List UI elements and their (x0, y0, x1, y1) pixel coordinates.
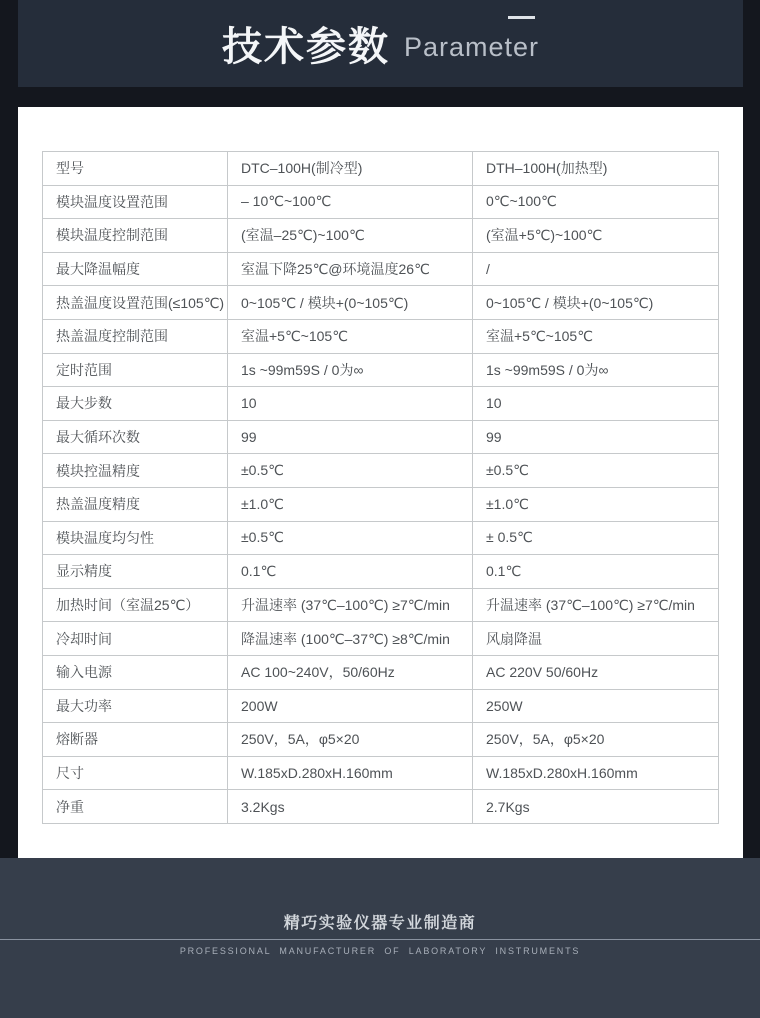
table-row: 模块温度均匀性±0.5℃± 0.5℃ (43, 521, 719, 555)
footer-slogan-en: PROFESSIONAL MANUFACTURER OF LABORATORY … (0, 946, 760, 956)
spec-value-cell-heating: AC 220V 50/60Hz (473, 655, 719, 689)
spec-panel: 型号DTC–100H(制冷型)DTH–100H(加热型)模块温度设置范围– 10… (18, 107, 743, 858)
footer: 精巧实验仪器专业制造商 PROFESSIONAL MANUFACTURER OF… (0, 858, 760, 1018)
spec-value-cell-heating: 99 (473, 420, 719, 454)
spec-value-cell-cooling: W.185xD.280xH.160mm (228, 756, 473, 790)
spec-value-cell-heating: ± 0.5℃ (473, 521, 719, 555)
spec-value-cell-cooling: ±0.5℃ (228, 521, 473, 555)
table-row: 热盖温度精度±1.0℃±1.0℃ (43, 487, 719, 521)
table-row: 显示精度0.1℃0.1℃ (43, 555, 719, 589)
spec-value-cell-heating: ±1.0℃ (473, 487, 719, 521)
spec-label-cell: 热盖温度控制范围 (43, 319, 228, 353)
table-row: 最大循环次数9999 (43, 420, 719, 454)
table-row: 最大降温幅度室温下降25℃@环境温度26℃/ (43, 252, 719, 286)
spec-value-cell-cooling: 室温下降25℃@环境温度26℃ (228, 252, 473, 286)
spec-value-cell-heating: 0.1℃ (473, 555, 719, 589)
spec-value-cell-cooling: 1s ~99m59S / 0为∞ (228, 353, 473, 387)
table-row: 定时范围1s ~99m59S / 0为∞1s ~99m59S / 0为∞ (43, 353, 719, 387)
spec-label-cell: 净重 (43, 790, 228, 824)
spec-value-cell-heating: ±0.5℃ (473, 454, 719, 488)
spec-label-cell: 显示精度 (43, 555, 228, 589)
spec-label-cell: 最大功率 (43, 689, 228, 723)
footer-slogan-zh: 精巧实验仪器专业制造商 (0, 915, 760, 933)
spec-label-cell: 热盖温度精度 (43, 487, 228, 521)
decorative-dash (508, 16, 535, 19)
spec-value-cell-cooling: (室温–25℃)~100℃ (228, 219, 473, 253)
spec-value-cell-heating: 1s ~99m59S / 0为∞ (473, 353, 719, 387)
footer-divider-line (0, 939, 760, 940)
table-row: 冷却时间降温速率 (100℃–37℃) ≥8℃/min风扇降温 (43, 622, 719, 656)
spec-value-cell-heating: / (473, 252, 719, 286)
spec-label-cell: 热盖温度设置范围(≤105℃) (43, 286, 228, 320)
spec-table-body: 型号DTC–100H(制冷型)DTH–100H(加热型)模块温度设置范围– 10… (43, 152, 719, 824)
spec-label-cell: 输入电源 (43, 655, 228, 689)
table-row: 尺寸W.185xD.280xH.160mmW.185xD.280xH.160mm (43, 756, 719, 790)
spec-value-cell-cooling: 0~105℃ / 模块+(0~105℃) (228, 286, 473, 320)
spec-value-cell-heating: 10 (473, 387, 719, 421)
table-row: 输入电源AC 100~240V，50/60HzAC 220V 50/60Hz (43, 655, 719, 689)
spec-label-cell: 模块控温精度 (43, 454, 228, 488)
spec-label-cell: 模块温度设置范围 (43, 185, 228, 219)
spec-value-cell-heating: DTH–100H(加热型) (473, 152, 719, 186)
spec-value-cell-heating: 250W (473, 689, 719, 723)
spec-value-cell-heating: 0℃~100℃ (473, 185, 719, 219)
spec-label-cell: 最大循环次数 (43, 420, 228, 454)
spec-label-cell: 模块温度控制范围 (43, 219, 228, 253)
spec-value-cell-heating: W.185xD.280xH.160mm (473, 756, 719, 790)
table-row: 热盖温度控制范围室温+5℃~105℃室温+5℃~105℃ (43, 319, 719, 353)
spec-value-cell-cooling: DTC–100H(制冷型) (228, 152, 473, 186)
table-row: 模块控温精度±0.5℃±0.5℃ (43, 454, 719, 488)
spec-value-cell-heating: (室温+5℃)~100℃ (473, 219, 719, 253)
spec-label-cell: 模块温度均匀性 (43, 521, 228, 555)
spec-value-cell-cooling: 250V，5A，φ5×20 (228, 723, 473, 757)
spec-label-cell: 加热时间（室温25℃） (43, 588, 228, 622)
spec-value-cell-cooling: 200W (228, 689, 473, 723)
spec-value-cell-heating: 风扇降温 (473, 622, 719, 656)
table-row: 模块温度设置范围– 10℃~100℃0℃~100℃ (43, 185, 719, 219)
spec-value-cell-cooling: ±0.5℃ (228, 454, 473, 488)
section-title-en: Parameter (404, 32, 539, 63)
section-title-en-text: Parameter (404, 32, 539, 62)
spec-value-cell-heating: 升温速率 (37℃–100℃) ≥7℃/min (473, 588, 719, 622)
spec-value-cell-cooling: 0.1℃ (228, 555, 473, 589)
table-row: 净重3.2Kgs2.7Kgs (43, 790, 719, 824)
spec-label-cell: 定时范围 (43, 353, 228, 387)
table-row: 热盖温度设置范围(≤105℃)0~105℃ / 模块+(0~105℃)0~105… (43, 286, 719, 320)
section-title-zh: 技术参数 (222, 15, 390, 72)
spec-value-cell-cooling: 室温+5℃~105℃ (228, 319, 473, 353)
spec-value-cell-cooling: 升温速率 (37℃–100℃) ≥7℃/min (228, 588, 473, 622)
spec-label-cell: 型号 (43, 152, 228, 186)
spec-value-cell-cooling: 99 (228, 420, 473, 454)
table-row: 模块温度控制范围(室温–25℃)~100℃(室温+5℃)~100℃ (43, 219, 719, 253)
spec-value-cell-cooling: 降温速率 (100℃–37℃) ≥8℃/min (228, 622, 473, 656)
spec-value-cell-cooling: 10 (228, 387, 473, 421)
table-row: 熔断器250V，5A，φ5×20250V，5A，φ5×20 (43, 723, 719, 757)
spec-label-cell: 熔断器 (43, 723, 228, 757)
table-row: 最大功率200W250W (43, 689, 719, 723)
spec-label-cell: 尺寸 (43, 756, 228, 790)
spec-value-cell-heating: 0~105℃ / 模块+(0~105℃) (473, 286, 719, 320)
spec-label-cell: 最大步数 (43, 387, 228, 421)
spec-label-cell: 冷却时间 (43, 622, 228, 656)
spec-value-cell-cooling: ±1.0℃ (228, 487, 473, 521)
spec-label-cell: 最大降温幅度 (43, 252, 228, 286)
spec-value-cell-cooling: – 10℃~100℃ (228, 185, 473, 219)
spec-value-cell-heating: 250V，5A，φ5×20 (473, 723, 719, 757)
spec-value-cell-cooling: AC 100~240V，50/60Hz (228, 655, 473, 689)
spec-table: 型号DTC–100H(制冷型)DTH–100H(加热型)模块温度设置范围– 10… (42, 151, 719, 824)
table-row: 加热时间（室温25℃）升温速率 (37℃–100℃) ≥7℃/min升温速率 (… (43, 588, 719, 622)
table-row: 最大步数1010 (43, 387, 719, 421)
spec-value-cell-cooling: 3.2Kgs (228, 790, 473, 824)
spec-value-cell-heating: 室温+5℃~105℃ (473, 319, 719, 353)
section-header: 技术参数 Parameter (18, 0, 743, 87)
spec-value-cell-heating: 2.7Kgs (473, 790, 719, 824)
table-row: 型号DTC–100H(制冷型)DTH–100H(加热型) (43, 152, 719, 186)
